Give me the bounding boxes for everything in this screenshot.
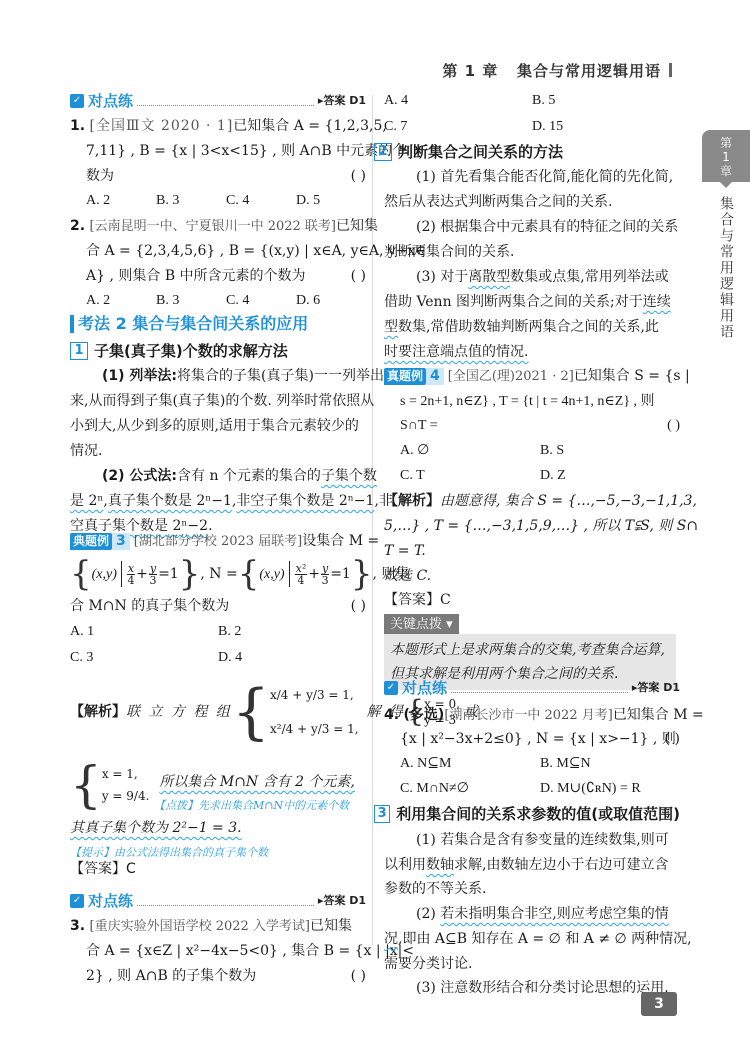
answer-blank: ( )	[351, 596, 366, 616]
para-2-line-1: (2) 根据集合中元素具有的特征之间的关系	[384, 217, 680, 237]
text: 以利用	[384, 857, 426, 873]
dotted-leader	[137, 97, 314, 106]
solution-pair-2: x = 1, y = 9/4.	[102, 763, 150, 807]
rule-3: (3) 注意数形结合和分类讨论思想的运用.	[384, 978, 680, 998]
rule-2-line-2: 况,即由 A⊆B 知存在 A = ∅ 和 A ≠ ∅ 两种情况,	[384, 929, 680, 949]
example-source: [湖北部分学校 2023 届联考]	[134, 534, 303, 549]
key-tip-tag: 关键点拨 ▾	[384, 614, 459, 636]
key-tip-line-1: 本题形式上是求两集合的交集,考查集合运算,	[390, 638, 670, 662]
q3-line-1: 3. [重庆实验外国语学校 2022 入学考试]已知集	[70, 916, 366, 937]
rule-2-line-1: (2) 若未指明集合非空,则应考虑空集的情	[384, 904, 680, 924]
example-4-line-1: 真题例4[全国乙(理)2021 · 2]已知集合 S = {s |	[384, 366, 680, 387]
chapter-side-tab: 第 1 章 集合与常用逻辑用语	[702, 130, 750, 340]
emphasis: 况	[384, 931, 398, 947]
section-number-box: 1	[70, 342, 88, 360]
option-b: B. 5	[532, 91, 680, 111]
q4-options-2: C. M∩N≠∅ D. M∪(∁ʀN) = R	[384, 779, 680, 799]
practice-label: 对点练	[88, 91, 133, 111]
answer-line: 【答案】C	[384, 590, 680, 610]
para-1-line-1: (1) 首先看集合能否化简,能化简的先化简,	[384, 167, 680, 187]
q4-text: 已知集合 M =	[613, 707, 704, 723]
text: 借助 Venn 图判断两集合之间的关系;对于	[384, 294, 643, 310]
emphasis: 若未指明集合非空,则应考虑空集的情	[440, 906, 668, 922]
q4-number: 4.	[384, 707, 399, 723]
solution-4-line-4: 故选 C.	[384, 566, 680, 586]
chapter-chip: 第 1 章	[702, 130, 750, 182]
example-3-line-3: 合 M∩N 的真子集个数为 ( )	[70, 596, 366, 616]
example-number: 4	[426, 368, 444, 385]
method-label: (2) 公式法:	[102, 468, 177, 484]
example-4-options-2: C. T D. Z	[384, 466, 680, 486]
practice-label: 对点练	[88, 891, 133, 911]
answer-ref: ▸答案 D1	[318, 91, 366, 111]
para-3-line-2: 借助 Venn 图判断两集合之间的关系;对于连续	[384, 292, 680, 312]
q1-line-1: 1. [全国Ⅲ文 2020 · 1]已知集合 A = {1,2,3,5,	[70, 116, 366, 136]
q3-source: [重庆实验外国语学校 2022 入学考试]	[90, 919, 311, 934]
example-badge: 真题例	[384, 368, 426, 385]
chapter-number: 第 1 章	[442, 62, 498, 80]
option-b: B. 2	[218, 622, 366, 642]
q1-line-2: 7,11} , B = {x | 3<x<15} , 则 A∩B 中元素的个	[70, 141, 366, 161]
method2-line-1: (2) 公式法:含有 n 个元素的集合的子集个数	[70, 466, 366, 486]
subsection-title: 子集(真子集)个数的求解方法	[94, 341, 288, 361]
text: (2)	[416, 906, 440, 922]
solution-4-line-3: T = T.	[384, 541, 680, 561]
emphasis: 是 2ⁿ	[70, 493, 103, 509]
emphasis: 非空子集个数是 2ⁿ−1	[236, 493, 374, 509]
system-brace: {	[232, 682, 270, 742]
option-b: B. M⊆N	[540, 754, 680, 774]
solution-text: 所以集合 M∩N 含有 2 个元素,	[159, 772, 354, 792]
option-a: A. 1	[70, 622, 218, 642]
fraction: x4	[127, 563, 135, 586]
para-3-line-1: (3) 对于离散型数集或点集,常用列举法或	[384, 267, 680, 287]
emphasis: 连续	[643, 294, 671, 310]
text: ,即由 A⊆B 知存在 A = ∅ 和 A ≠ ∅ 两种情况,	[398, 931, 692, 947]
equation-system: x/4 + y/3 = 1, x²/4 + y/3 = 1,	[270, 678, 359, 746]
chip-line-1: 第	[702, 136, 750, 150]
answer-blank: ( )	[351, 966, 366, 986]
section-number-box: 2	[374, 143, 392, 161]
option-c: C. M∩N≠∅	[400, 779, 540, 799]
example-3-line-1: 典题例3[湖北部分学校 2023 届联考]设集合 M =	[70, 531, 366, 552]
q1-options: A. 2 B. 3 C. 4 D. 5	[70, 191, 366, 211]
example-text-3: 合 M∩N 的真子集个数为	[70, 598, 229, 614]
q3-number: 3.	[70, 918, 85, 934]
rule-1-line-1: (1) 若集合是含有参变量的连续数集,则可	[384, 830, 680, 850]
dotted-leader	[137, 897, 314, 906]
header-bar	[669, 63, 672, 77]
example-3-options-2: C. 3 D. 4	[70, 648, 366, 668]
q1-text: 已知集合 A = {1,2,3,5,	[233, 118, 387, 134]
answer-blank: ( )	[667, 416, 680, 436]
fraction: y3	[321, 563, 329, 586]
answer-blank: ( )	[351, 166, 366, 186]
q3-options-2: C. 7 D. 15	[384, 117, 680, 137]
practice-header-1: ✓ 对点练 ▸答案 D1	[70, 91, 366, 111]
para-1-line-2: 然后从表达式判断两集合之间的关系.	[384, 192, 680, 212]
example-number: 3	[112, 533, 130, 550]
option-d: D. 6	[296, 291, 366, 311]
running-header: 第 1 章 集合与常用逻辑用语	[442, 60, 672, 81]
dotted-leader	[451, 684, 628, 693]
practice-label: 对点练	[402, 678, 447, 698]
text: 数集或点集,常用列举法或	[510, 269, 668, 285]
rule-2-line-3: 需要分类讨论.	[384, 954, 680, 974]
q4-line-2: {x | x²−3x+2≤0} , N = {x | x>−1} , 则 ( )	[384, 729, 680, 749]
key-tip-tag-row: 关键点拨 ▾	[384, 614, 680, 636]
option-a: A. ∅	[400, 441, 540, 461]
answer-ref: ▸答案 D1	[318, 891, 366, 911]
option-a: A. N⊆M	[400, 754, 540, 774]
equation-1: x/4 + y/3 = 1,	[270, 678, 359, 712]
q3-text-3: 2} , 则 A∩B 的子集个数为	[86, 968, 256, 984]
q2-text: 已知集	[336, 218, 378, 234]
example-3-options-1: A. 1 B. 2	[70, 622, 366, 642]
q1-line-3: 数为 ( )	[70, 166, 366, 186]
text: (3) 对于	[416, 269, 468, 285]
emphasis: 型	[384, 319, 398, 335]
fraction: y3	[149, 563, 157, 586]
method1-line-2: 来,从而得到子集(真子集)的个数. 列举时常依照从	[70, 391, 366, 411]
q4-options-1: A. N⊆M B. M⊆N	[384, 754, 680, 774]
system-brace: {	[70, 760, 102, 810]
pencil-check-icon: ✓	[70, 94, 84, 108]
q3-text: 已知集	[310, 918, 352, 934]
q3-options-1: A. 4 B. 5	[384, 91, 680, 111]
chapter-title: 集合与常用逻辑用语	[517, 62, 661, 80]
example-text-3: S∩T =	[400, 418, 438, 433]
set-n-prefix: , N =	[200, 566, 237, 582]
emphasis: 数轴	[426, 857, 454, 873]
option-c: C. 3	[70, 648, 218, 668]
q3-line-3: 2} , 则 A∩B 的子集个数为 ( )	[70, 966, 366, 986]
q1-source: [全国Ⅲ文 2020 · 1]	[90, 118, 234, 134]
q2-number: 2.	[70, 218, 85, 234]
emphasis: 离散型	[468, 269, 510, 285]
set-bar	[289, 561, 290, 587]
option-d: D. 4	[218, 648, 366, 668]
example-4-line-3: S∩T = ( )	[384, 416, 680, 436]
q4-text-2: {x | x²−3x+2≤0} , N = {x | x>−1} , 则	[400, 731, 676, 747]
option-a: A. 2	[86, 291, 156, 311]
method-text: 将集合的子集(真子集)一一列举出	[177, 368, 384, 384]
option-c: C. 4	[226, 291, 296, 311]
pencil-check-icon: ✓	[384, 681, 398, 695]
method1-line-3: 小到大,从少到多的原则,适用于集合元素较少的	[70, 416, 366, 436]
example-text: 已知集合 S = {s |	[574, 368, 690, 384]
q3-line-2: 合 A = {x∈Z | x²−4x−5<0} , 集合 B = {x | |x…	[70, 941, 366, 961]
para-2-line-2: 判断两集合间的关系.	[384, 242, 680, 262]
para-3-line-4: 时要注意端点值的情况.	[384, 342, 680, 362]
example-source: [全国乙(理)2021 · 2]	[448, 369, 574, 384]
q1-text-3: 数为	[86, 168, 114, 184]
chip-line-3: 章	[702, 164, 750, 178]
option-c: C. 4	[226, 191, 296, 211]
option-d: D. 15	[532, 117, 680, 137]
q2-source: [云南昆明一中、宁夏银川一中 2022 联考]	[90, 219, 337, 234]
example-text: 设集合 M =	[302, 533, 379, 549]
set-bar	[121, 561, 122, 587]
example-3-sets: {(x,y)x4+y3=1}, N ={(x,y)x²4+y3=1}, 则集	[70, 556, 366, 592]
equation-2: x²/4 + y/3 = 1,	[270, 712, 359, 746]
option-d: D. Z	[540, 466, 680, 486]
q4-line-1: 4. (多选)[湖南长沙市一中 2022 月考]已知集合 M =	[384, 705, 680, 726]
option-d: D. M∪(∁ʀN) = R	[540, 779, 680, 799]
answer-blank: ( )	[665, 729, 680, 749]
emphasis: 时要注意端点值的情况.	[384, 344, 528, 360]
q2-options: A. 2 B. 3 C. 4 D. 6	[70, 291, 366, 311]
page-number-badge: 3	[641, 992, 677, 1016]
practice-header-3: ✓ 对点练 ▸答案 D1	[384, 678, 680, 698]
example-badge: 典题例	[70, 533, 112, 550]
answer-ref: ▸答案 D1	[632, 678, 680, 698]
option-c: C. T	[400, 466, 540, 486]
q2-line-2: 合 A = {2,3,4,5,6} , B = {(x,y) | x∈A, y∈…	[70, 241, 366, 261]
subsection-2-heading: 2 判断集合之间关系的方法	[374, 142, 680, 162]
answer-blank: ( )	[351, 266, 366, 286]
section-number-box: 3	[374, 805, 390, 823]
solution-3-result: 其真子集个数为 2²−1 = 3.	[70, 818, 366, 838]
hint-annotation: 【点拨】先求出集合M∩N中的元素个数	[154, 796, 366, 816]
option-a: A. 2	[86, 191, 156, 211]
option-b: B. 3	[156, 191, 226, 211]
sol-x: x = 1,	[102, 763, 150, 785]
text: 求解,由数轴左边小于右边可建立含	[454, 857, 668, 873]
solution-4-line-2: 5,…} , T = {…,−3,1,5,9,…} , 所以 T⫋S, 则 S∩	[384, 516, 680, 536]
solution-text: 联 立 方 程 组	[126, 702, 232, 722]
pencil-check-icon: ✓	[70, 894, 84, 908]
option-b: B. S	[540, 441, 680, 461]
solution-3-system: 【解析】 联 立 方 程 组 { x/4 + y/3 = 1, x²/4 + y…	[70, 676, 366, 748]
chip-line-2: 1	[702, 150, 750, 164]
side-tab-title: 集合与常用逻辑用语	[716, 196, 736, 340]
subsection-title: 判断集合之间关系的方法	[398, 142, 563, 162]
option-c: C. 7	[384, 117, 532, 137]
sol-y: y = 9/4.	[102, 785, 150, 807]
method1-line-1: (1) 列举法:将集合的子集(真子集)一一列举出	[70, 366, 366, 386]
brace-close: }	[179, 554, 201, 594]
solution-4-line-1: 【解析】由题意得, 集合 S = {…,−5,−3,−1,1,3,	[384, 491, 680, 511]
para-3-line-3: 型数集,常借助数轴判断两集合之间的关系,此	[384, 317, 680, 337]
rule-1-line-3: 参数的不等关系.	[384, 879, 680, 899]
subsection-3-heading: 3 利用集合间的关系求参数的值(或取值范围)	[374, 804, 680, 824]
q2-text-3: A} , 则集合 B 中所含元素的个数为	[86, 268, 306, 284]
subsection-1-heading: 1 子集(真子集)个数的求解方法	[70, 341, 366, 361]
answer-line: 【答案】C	[70, 859, 366, 879]
method-label: (1) 列举法:	[102, 368, 177, 384]
solution-label: 【解析】	[384, 493, 440, 509]
text: 数集,常借助数轴判断两集合之间的关系,此	[398, 319, 659, 335]
example-4-line-2: s = 2n+1, n∈Z} , T = {t | t = 4n+1, n∈Z}…	[384, 392, 680, 412]
brace-open: {	[238, 554, 260, 594]
solution-label: 【解析】	[70, 702, 126, 722]
multi-select-tag: (多选)	[404, 707, 445, 723]
brace-close: }	[351, 554, 373, 594]
method-text: 含有 n 个元素的集合的	[177, 468, 321, 484]
emphasis: 真子集个数是 2ⁿ−1	[108, 493, 232, 509]
solution-text: 由题意得, 集合 S = {…,−5,−3,−1,1,3,	[440, 493, 697, 509]
option-d: D. 5	[296, 191, 366, 211]
option-b: B. 3	[156, 291, 226, 311]
q2-line-3: A} , 则集合 B 中所含元素的个数为 ( )	[70, 266, 366, 286]
solution-result: 其真子集个数为 2²−1 = 3.	[70, 820, 242, 836]
kaofa-2-heading: 考法 2 集合与集合间关系的应用	[70, 315, 366, 333]
brace-open: {	[70, 554, 92, 594]
method2-line-2: 是 2ⁿ,真子集个数是 2ⁿ−1,非空子集个数是 2ⁿ−1,非	[70, 491, 366, 511]
q2-line-1: 2. [云南昆明一中、宁夏银川一中 2022 联考]已知集	[70, 216, 366, 237]
example-4-options-1: A. ∅ B. S	[384, 441, 680, 461]
subsection-title: 利用集合间的关系求参数的值(或取值范围)	[396, 804, 680, 824]
q1-number: 1.	[70, 118, 85, 134]
option-a: A. 4	[384, 91, 532, 111]
practice-header-2: ✓ 对点练 ▸答案 D1	[70, 891, 366, 911]
rule-1-line-2: 以利用数轴求解,由数轴左边小于右边可建立含	[384, 855, 680, 875]
emphasis: 子集个数	[321, 468, 377, 484]
q4-source: [湖南长沙市一中 2022 月考]	[444, 708, 613, 723]
method1-line-4: 情况.	[70, 441, 366, 461]
fraction: x²4	[295, 563, 308, 586]
